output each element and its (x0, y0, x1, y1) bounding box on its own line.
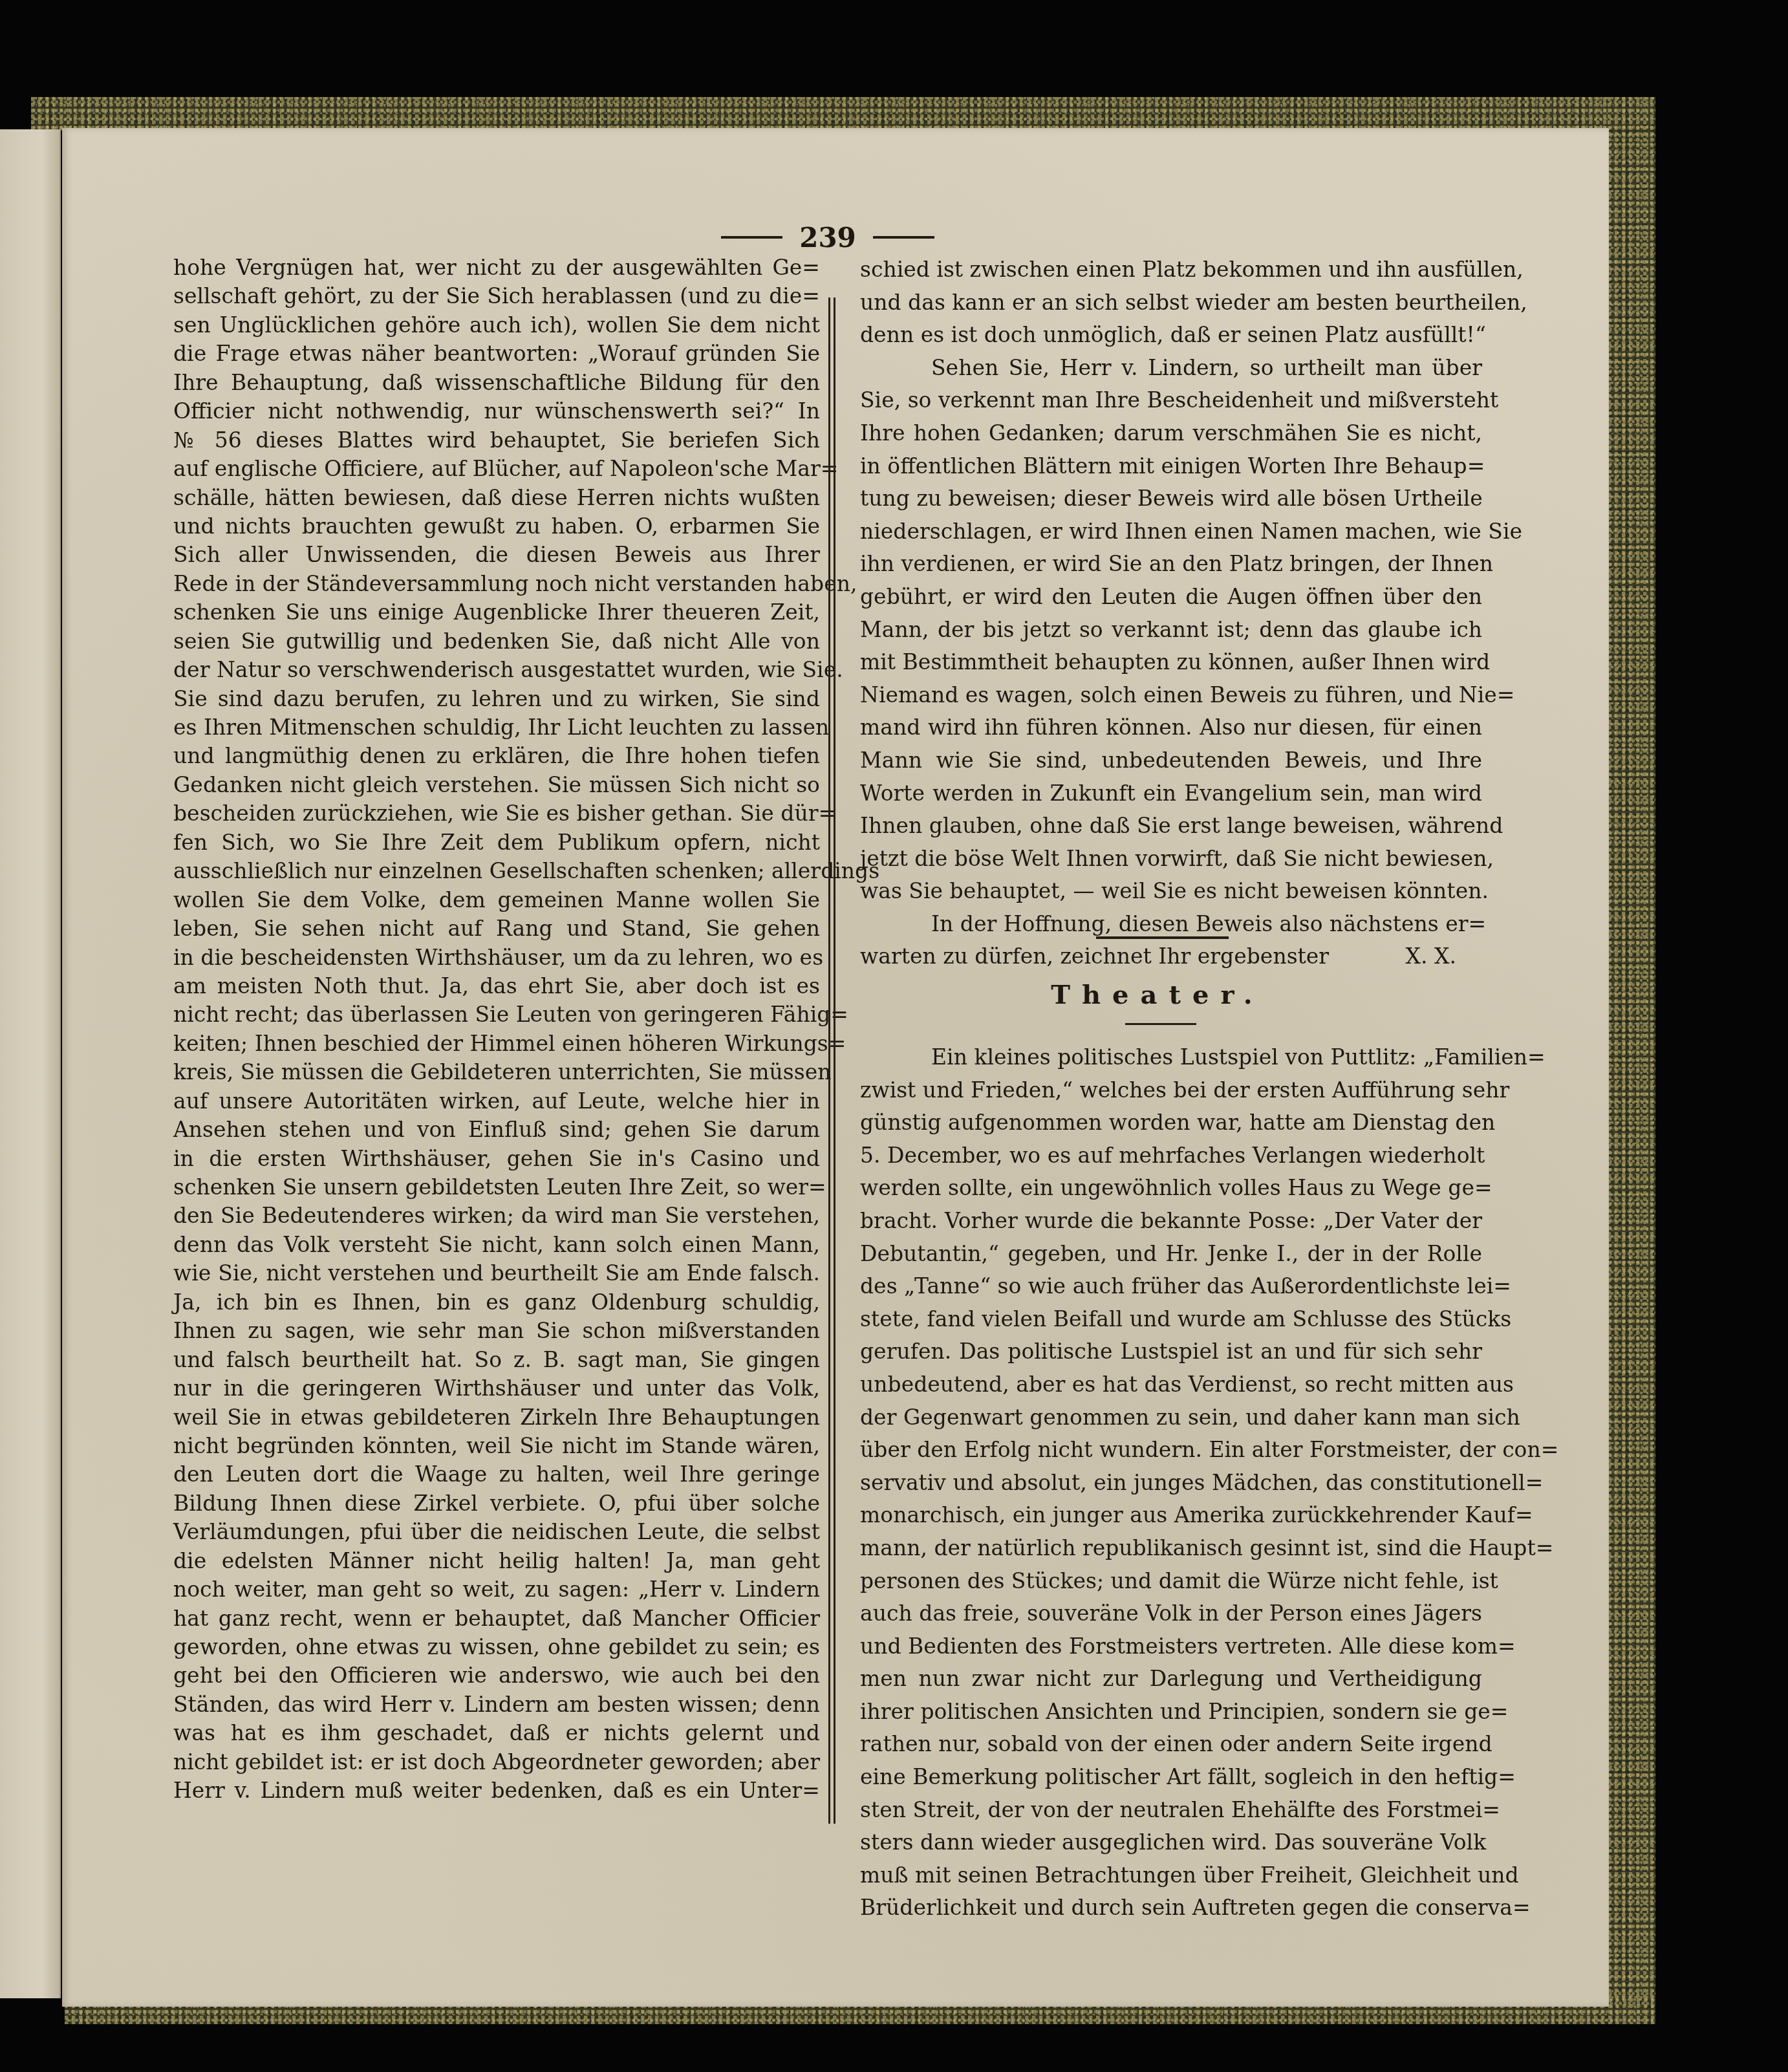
text-line: was hat es ihm geschadet, daß er nichts … (173, 1719, 820, 1747)
text-line: Officier nicht nothwendig, nur wünschens… (173, 397, 820, 426)
text-line: monarchisch, ein junger aus Amerika zurü… (860, 1499, 1482, 1532)
text-line: die Frage etwas näher beantworten: „Wora… (173, 340, 820, 368)
text-line: rathen nur, sobald von der einen oder an… (860, 1728, 1482, 1761)
text-line: seien Sie gutwillig und bedenken Sie, da… (173, 627, 820, 656)
text-line: Ein kleines politisches Lustspiel von Pu… (860, 1041, 1482, 1074)
text-line: auf englische Officiere, auf Blücher, au… (173, 455, 820, 483)
text-line: kreis, Sie müssen die Gebildeteren unter… (173, 1058, 820, 1086)
text-line: keiten; Ihnen beschied der Himmel einen … (173, 1030, 820, 1058)
section-rule-bottom (1125, 1023, 1196, 1025)
text-line: geht bei den Officieren wie anderswo, wi… (173, 1661, 820, 1690)
text-line: gebührt, er wird den Leuten die Augen öf… (860, 581, 1482, 614)
text-line: Sehen Sie, Herr v. Lindern, so urtheilt … (860, 352, 1482, 385)
text-line: weil Sie in etwas gebildeteren Zirkeln I… (173, 1403, 820, 1432)
text-line: Ständen, das wird Herr v. Lindern am bes… (173, 1690, 820, 1719)
text-line: wollen Sie dem Volke, dem gemeinen Manne… (173, 886, 820, 914)
text-line: was Sie behauptet, — weil Sie es nicht b… (860, 875, 1482, 908)
text-line: nur in die geringeren Wirthshäuser und u… (173, 1374, 820, 1403)
text-line: geworden, ohne etwas zu wissen, ohne geb… (173, 1633, 820, 1661)
text-line: Sie sind dazu berufen, zu lehren und zu … (173, 685, 820, 713)
text-line: nicht begründen könnten, weil Sie nicht … (173, 1432, 820, 1460)
header-rule-left (721, 236, 782, 239)
text-line: mand wird ihn führen können. Also nur di… (860, 711, 1482, 744)
text-line: und das kann er an sich selbst wieder am… (860, 286, 1482, 319)
theater-article: Ein kleines politisches Lustspiel von Pu… (860, 1041, 1482, 1925)
text-line: denn das Volk versteht Sie nicht, kann s… (173, 1231, 820, 1259)
text-line: und falsch beurtheilt hat. So z. B. sagt… (173, 1346, 820, 1374)
text-line: der Natur so verschwenderisch ausgestatt… (173, 656, 820, 684)
text-line: ihrer politischen Ansichten und Principi… (860, 1696, 1482, 1729)
text-line: zwist und Frieden,“ welches bei der erst… (860, 1074, 1482, 1107)
text-line: men nun zwar nicht zur Darlegung und Ver… (860, 1663, 1482, 1696)
text-line: Ihnen glauben, ohne daß Sie erst lange b… (860, 810, 1482, 843)
text-line: schenken Sie unsern gebildetsten Leuten … (173, 1173, 820, 1202)
text-line: sen Unglücklichen gehöre auch ich), woll… (173, 311, 820, 340)
text-line: bescheiden zurückziehen, wie Sie es bish… (173, 799, 820, 828)
text-line: jetzt die böse Welt Ihnen vorwirft, daß … (860, 843, 1482, 876)
text-line: und Bedienten des Forstmeisters vertrete… (860, 1630, 1482, 1663)
text-line: am meisten Noth thut. Ja, das ehrt Sie, … (173, 972, 820, 1000)
text-line: Niemand es wagen, solch einen Beweis zu … (860, 679, 1482, 712)
text-line: und nichts brauchten gewußt zu haben. O,… (173, 512, 820, 541)
book-board-top (31, 97, 1655, 131)
text-line: Herr v. Lindern muß weiter bedenken, daß… (173, 1776, 820, 1805)
text-line: bracht. Vorher wurde die bekannte Posse:… (860, 1205, 1482, 1238)
text-line: in die bescheidensten Wirthshäuser, um d… (173, 944, 820, 972)
text-line: № 56 dieses Blattes wird behauptet, Sie … (173, 426, 820, 455)
text-line: den Sie Bedeutenderes wirken; da wird ma… (173, 1202, 820, 1230)
text-line: muß mit seinen Betrachtungen über Freihe… (860, 1859, 1482, 1892)
section-rule-top (1096, 936, 1229, 939)
text-line: Worte werden in Zukunft ein Evangelium s… (860, 777, 1482, 810)
text-line: denn es ist doch unmöglich, daß er seine… (860, 319, 1482, 352)
header-rule-right (873, 236, 934, 239)
closing-text: warten zu dürfen, zeichnet Ihr ergebenst… (860, 944, 1329, 969)
text-line: Bildung Ihnen diese Zirkel verbiete. O, … (173, 1489, 820, 1518)
text-line: Mann, der bis jetzt so verkannt ist; den… (860, 614, 1482, 647)
page-number: 239 (799, 222, 856, 254)
text-line: schälle, hätten bewiesen, daß diese Herr… (173, 484, 820, 512)
text-line: der Gegenwart genommen zu sein, und dahe… (860, 1401, 1482, 1434)
text-line: leben, Sie sehen nicht auf Rang und Stan… (173, 914, 820, 943)
section-heading-theater: Theater. (1028, 980, 1287, 1010)
text-line: eine Bemerkung politischer Art fällt, so… (860, 1761, 1482, 1794)
text-line: 5. December, wo es auf mehrfaches Verlan… (860, 1139, 1482, 1172)
text-line: niederschlagen, er wird Ihnen einen Name… (860, 515, 1482, 548)
column-divider (828, 297, 835, 1824)
text-line: stete, fand vielen Beifall und wurde am … (860, 1303, 1482, 1336)
closing-line: warten zu dürfen, zeichnet Ihr ergebenst… (860, 940, 1482, 973)
text-line: und langmüthig denen zu erklären, die Ih… (173, 742, 820, 770)
page-header: 239 (711, 221, 944, 254)
text-line: günstig aufgenommen worden war, hatte am… (860, 1106, 1482, 1139)
text-line: mit Bestimmtheit behaupten zu können, au… (860, 646, 1482, 679)
text-line: schied ist zwischen einen Platz bekommen… (860, 254, 1482, 286)
text-line: in öffentlichen Blättern mit einigen Wor… (860, 450, 1482, 483)
text-line: werden sollte, ein ungewöhnlich volles H… (860, 1172, 1482, 1205)
text-line: Brüderlichkeit und durch sein Auftreten … (860, 1892, 1482, 1925)
text-line: Gedanken nicht gleich verstehen. Sie müs… (173, 771, 820, 799)
text-line: Ihre Behauptung, daß wissenschaftliche B… (173, 369, 820, 397)
text-line: sellschaft gehört, zu der Sie Sich herab… (173, 282, 820, 310)
text-line: nicht recht; das überlassen Sie Leuten v… (173, 1000, 820, 1029)
text-line: Ja, ich bin es Ihnen, bin es ganz Oldenb… (173, 1288, 820, 1317)
text-line: sten Streit, der von der neutralen Ehehä… (860, 1794, 1482, 1827)
left-column: hohe Vergnügen hat, wer nicht zu der aus… (173, 254, 820, 1806)
text-line: noch weiter, man geht so weit, zu sagen:… (173, 1575, 820, 1604)
text-line: hohe Vergnügen hat, wer nicht zu der aus… (173, 254, 820, 282)
text-line: es Ihren Mitmenschen schuldig, Ihr Licht… (173, 713, 820, 742)
text-line: personen des Stückes; und damit die Würz… (860, 1565, 1482, 1598)
text-line: Ihre hohen Gedanken; darum verschmähen S… (860, 417, 1482, 450)
text-line: Sich aller Unwissenden, die diesen Bewei… (173, 541, 820, 569)
facing-page-edge (0, 129, 61, 1998)
text-line: Ihnen zu sagen, wie sehr man Sie schon m… (173, 1317, 820, 1345)
text-line: auch das freie, souveräne Volk in der Pe… (860, 1597, 1482, 1630)
text-line: ihn verdienen, er wird Sie an den Platz … (860, 548, 1482, 581)
text-line: Sie, so verkennt man Ihre Bescheidenheit… (860, 384, 1482, 417)
text-line: fen Sich, wo Sie Ihre Zeit dem Publikum … (173, 828, 820, 857)
text-line: hat ganz recht, wenn er behauptet, daß M… (173, 1604, 820, 1633)
text-line: wie Sie, nicht verstehen und beurtheilt … (173, 1259, 820, 1288)
text-line: Debutantin,“ gegeben, und Hr. Jenke I., … (860, 1238, 1482, 1271)
right-column: schied ist zwischen einen Platz bekommen… (860, 254, 1482, 973)
text-line: gerufen. Das politische Lustspiel ist an… (860, 1335, 1482, 1368)
text-line: die edelsten Männer nicht heilig halten!… (173, 1547, 820, 1575)
text-line: tung zu beweisen; dieser Beweis wird all… (860, 482, 1482, 515)
text-line: über den Erfolg nicht wundern. Ein alter… (860, 1434, 1482, 1467)
text-line: den Leuten dort die Waage zu halten, wei… (173, 1460, 820, 1489)
text-line: in die ersten Wirthshäuser, gehen Sie in… (173, 1145, 820, 1173)
text-line: sters dann wieder ausgeglichen wird. Das… (860, 1826, 1482, 1859)
text-line: servativ und absolut, ein junges Mädchen… (860, 1467, 1482, 1500)
text-line: des „Tanne“ so wie auch früher das Außer… (860, 1270, 1482, 1303)
text-line: Verläumdungen, pfui über die neidischen … (173, 1518, 820, 1546)
signature: X. X. (1406, 940, 1482, 973)
text-line: schenken Sie uns einige Augenblicke Ihre… (173, 598, 820, 627)
text-line: auf unsere Autoritäten wirken, auf Leute… (173, 1087, 820, 1116)
text-line: Mann wie Sie sind, unbedeutenden Beweis,… (860, 744, 1482, 777)
text-line: Ansehen stehen und von Einfluß sind; geh… (173, 1116, 820, 1144)
text-line: unbedeutend, aber es hat das Verdienst, … (860, 1368, 1482, 1401)
book-board-right (1608, 97, 1655, 2011)
text-line: ausschließlich nur einzelnen Gesellschaf… (173, 857, 820, 885)
text-line: mann, der natürlich republikanisch gesin… (860, 1532, 1482, 1565)
text-line: Rede in der Ständeversammlung noch nicht… (173, 570, 820, 598)
text-line: nicht gebildet ist: er ist doch Abgeordn… (173, 1748, 820, 1776)
text-line: In der Hoffnung, diesen Beweis also näch… (860, 908, 1482, 941)
